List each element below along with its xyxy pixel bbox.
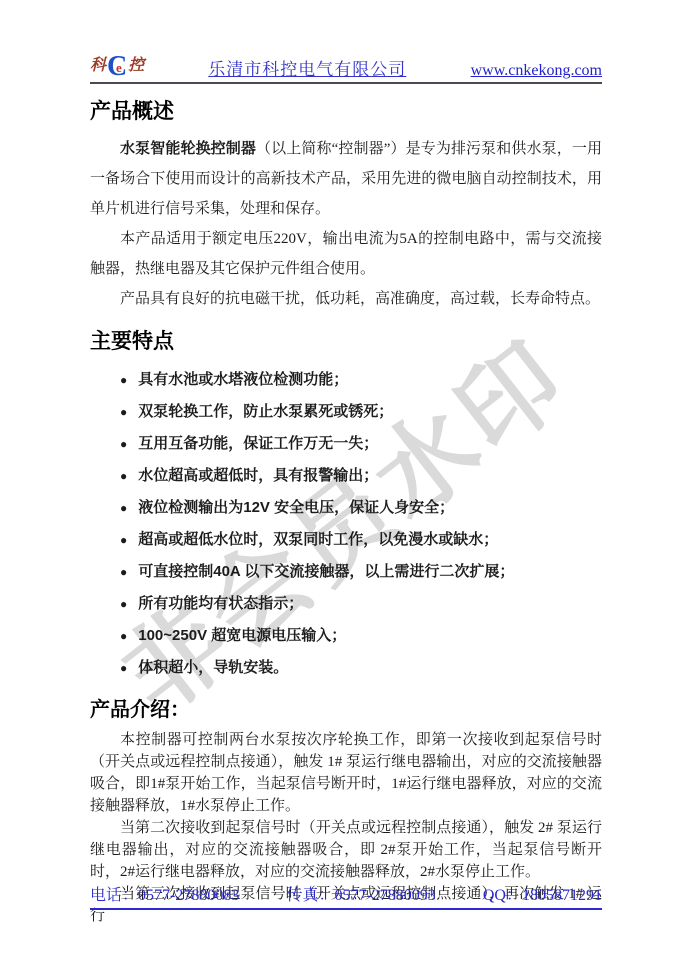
document-page: 非会员水印 科 Ce 控 乐清市科控电气有限公司 www.cnkekong.co… bbox=[0, 0, 691, 978]
page-footer: 电话：0577-27880083 传真：0577-27880093 QQ：180… bbox=[90, 882, 602, 910]
phone-number: 0577-27880083 bbox=[138, 887, 239, 904]
logo-left-character: 科 bbox=[90, 58, 106, 74]
fax-entry: 传真：0577-27880093 bbox=[286, 882, 435, 905]
feature-text: 水位超高或超低时，具有报警输出； bbox=[138, 460, 378, 492]
list-item: ●水位超高或超低时，具有报警输出； bbox=[90, 460, 602, 492]
list-item: ●100~250V 超宽电源电压输入； bbox=[90, 620, 602, 652]
list-item: ●超高或超低水位时，双泵同时工作，以免漫水或缺水； bbox=[90, 524, 602, 556]
list-item: ●液位检测输出为12V 安全电压，保证人身安全； bbox=[90, 492, 602, 524]
website-link[interactable]: www.cnkekong.com bbox=[471, 62, 602, 80]
feature-text: 双泵轮换工作，防止水泵累死或锈死； bbox=[138, 396, 393, 428]
bullet-icon: ● bbox=[120, 428, 127, 460]
feature-text: 体积超小，导轨安装。 bbox=[138, 652, 288, 684]
bullet-icon: ● bbox=[120, 588, 127, 620]
company-logo: 科 Ce 控 bbox=[90, 54, 144, 79]
bullet-icon: ● bbox=[120, 556, 127, 588]
fax-number: 0577-27880093 bbox=[334, 887, 435, 904]
list-item: ●互用互备功能，保证工作万无一失； bbox=[90, 428, 602, 460]
list-item: ●具有水池或水塔液位检测功能； bbox=[90, 364, 602, 396]
page-header: 科 Ce 控 乐清市科控电气有限公司 www.cnkekong.com bbox=[90, 50, 602, 84]
bullet-icon: ● bbox=[120, 492, 127, 524]
intro-paragraph-1: 本控制器可控制两台水泵按次序轮换工作，即第一次接收到起泵信号时（开关点或远程控制… bbox=[90, 729, 602, 817]
qq-label: QQ： bbox=[483, 887, 522, 904]
bullet-icon: ● bbox=[120, 364, 127, 396]
feature-text: 具有水池或水塔液位检测功能； bbox=[138, 364, 348, 396]
logo-e-icon: e bbox=[116, 62, 122, 74]
intro-paragraph-2: 当第二次接收到起泵信号时（开关点或远程控制点接通），触发 2# 泵运行继电器输出… bbox=[90, 817, 602, 883]
logo-right-character: 控 bbox=[128, 58, 144, 74]
logo-c-icon: Ce bbox=[107, 54, 127, 79]
bullet-icon: ● bbox=[120, 620, 127, 652]
list-item: ●双泵轮换工作，防止水泵累死或锈死； bbox=[90, 396, 602, 428]
bullet-icon: ● bbox=[120, 460, 127, 492]
feature-text: 液位检测输出为12V 安全电压，保证人身安全； bbox=[138, 492, 454, 524]
overview-paragraph-1: 水泵智能轮换控制器（以上简称“控制器”）是专为排污泵和供水泵，一用一备场合下使用… bbox=[90, 134, 602, 224]
overview-paragraph-2: 本产品适用于额定电压220V，输出电流为5A的控制电路中，需与交流接触器，热继电… bbox=[90, 224, 602, 284]
phone-entry: 电话：0577-27880083 bbox=[90, 882, 239, 905]
phone-label: 电话： bbox=[90, 887, 138, 904]
feature-text: 互用互备功能，保证工作万无一失； bbox=[138, 428, 378, 460]
bullet-icon: ● bbox=[120, 652, 127, 684]
bullet-icon: ● bbox=[120, 396, 127, 428]
list-item: ●所有功能均有状态指示； bbox=[90, 588, 602, 620]
feature-text: 所有功能均有状态指示； bbox=[138, 588, 303, 620]
qq-number: 1805871291 bbox=[522, 887, 602, 904]
list-item: ●体积超小，导轨安装。 bbox=[90, 652, 602, 684]
qq-entry: QQ：1805871291 bbox=[483, 882, 602, 905]
features-heading: 主要特点 bbox=[90, 325, 602, 355]
overview-heading: 产品概述 bbox=[90, 95, 602, 125]
company-name: 乐清市科控电气有限公司 bbox=[208, 55, 406, 80]
feature-text: 可直接控制40A 以下交流接触器，以上需进行二次扩展； bbox=[138, 556, 514, 588]
product-name-bold: 水泵智能轮换控制器 bbox=[120, 140, 256, 157]
features-list: ●具有水池或水塔液位检测功能； ●双泵轮换工作，防止水泵累死或锈死； ●互用互备… bbox=[90, 364, 602, 684]
feature-text: 超高或超低水位时，双泵同时工作，以免漫水或缺水； bbox=[138, 524, 498, 556]
bullet-icon: ● bbox=[120, 524, 127, 556]
list-item: ●可直接控制40A 以下交流接触器，以上需进行二次扩展； bbox=[90, 556, 602, 588]
feature-text: 100~250V 超宽电源电压输入； bbox=[138, 620, 346, 652]
fax-label: 传真： bbox=[286, 887, 334, 904]
intro-heading: 产品介绍： bbox=[90, 693, 602, 722]
overview-paragraph-3: 产品具有良好的抗电磁干扰，低功耗，高准确度，高过载，长寿命特点。 bbox=[90, 284, 602, 314]
